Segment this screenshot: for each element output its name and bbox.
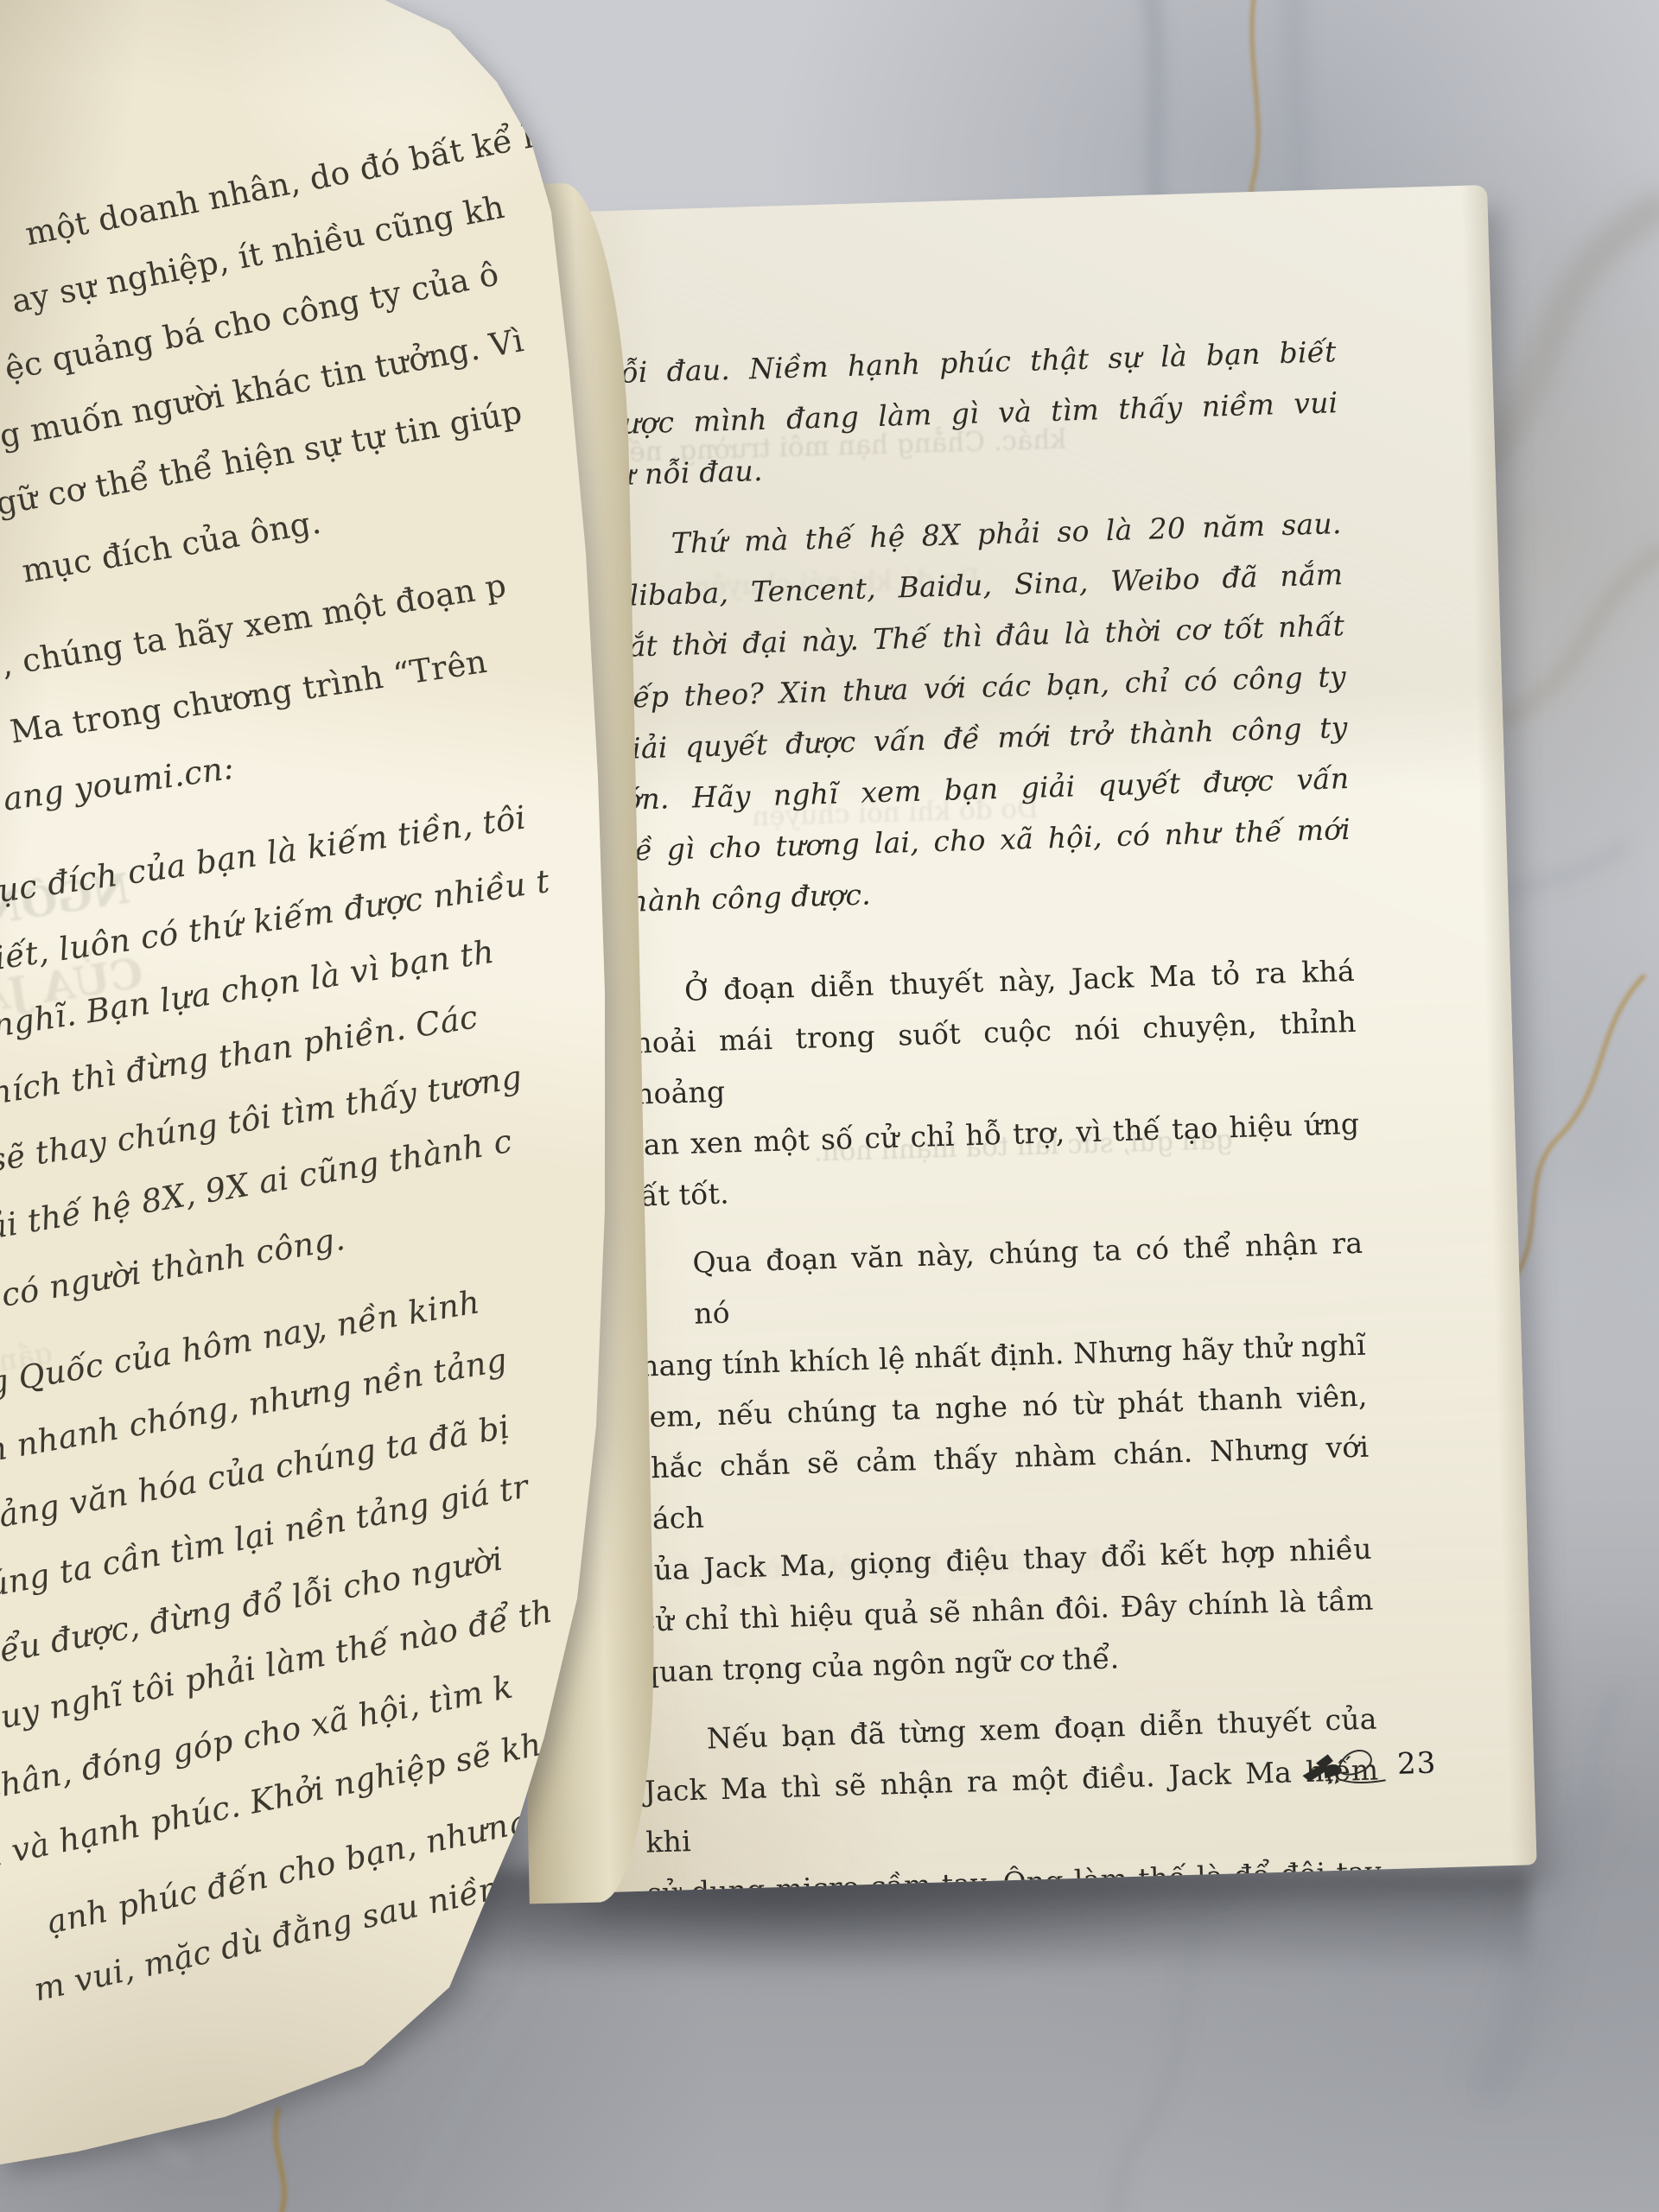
- right-page-text: nỗi đau. Niềm hạnh phúc thật sự là bạn b…: [601, 326, 1386, 1893]
- left-page-shadow-wrap: NGÔN NGỮ CƠCỦA JACK MAgần gũi, sức lan t…: [0, 0, 717, 2212]
- page-ornament-icon: [1294, 1742, 1390, 1789]
- page-footer: 23: [1294, 1740, 1437, 1789]
- paragraph: Thứ mà thế hệ 8X phải so là 20 năm sau.A…: [607, 498, 1353, 927]
- left-page: NGÔN NGỮ CƠCỦA JACK MAgần gũi, sức lan t…: [0, 0, 717, 2212]
- paragraph: Qua đoạn văn này, chúng ta có thể nhận r…: [628, 1217, 1376, 1698]
- book-photo-scene: khác. Chẳng hạn môi trường, nếuDo đó khi…: [0, 0, 1659, 2212]
- left-page-line: ang youmi.cn:: [1, 749, 237, 818]
- page-number: 23: [1396, 1745, 1436, 1781]
- left-page-line: mục đích của ông.: [19, 504, 323, 590]
- paragraph: Ở đoạn diễn thuyết này, Jack Ma tỏ ra kh…: [620, 945, 1361, 1222]
- paragraph: Nếu bạn đã từng xem đoạn diễn thuyết của…: [642, 1694, 1385, 1894]
